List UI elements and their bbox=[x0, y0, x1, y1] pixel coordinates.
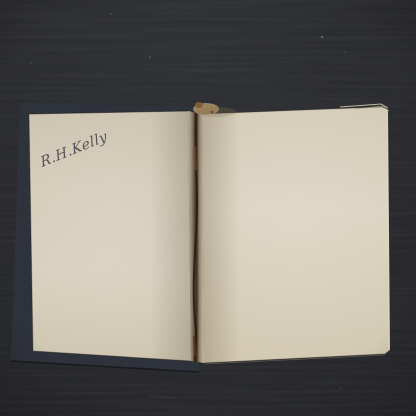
photo-canvas: R.H.Kelly bbox=[0, 0, 416, 416]
book-photograph: R.H.Kelly bbox=[0, 0, 416, 416]
film-grain-overlay bbox=[0, 0, 416, 416]
